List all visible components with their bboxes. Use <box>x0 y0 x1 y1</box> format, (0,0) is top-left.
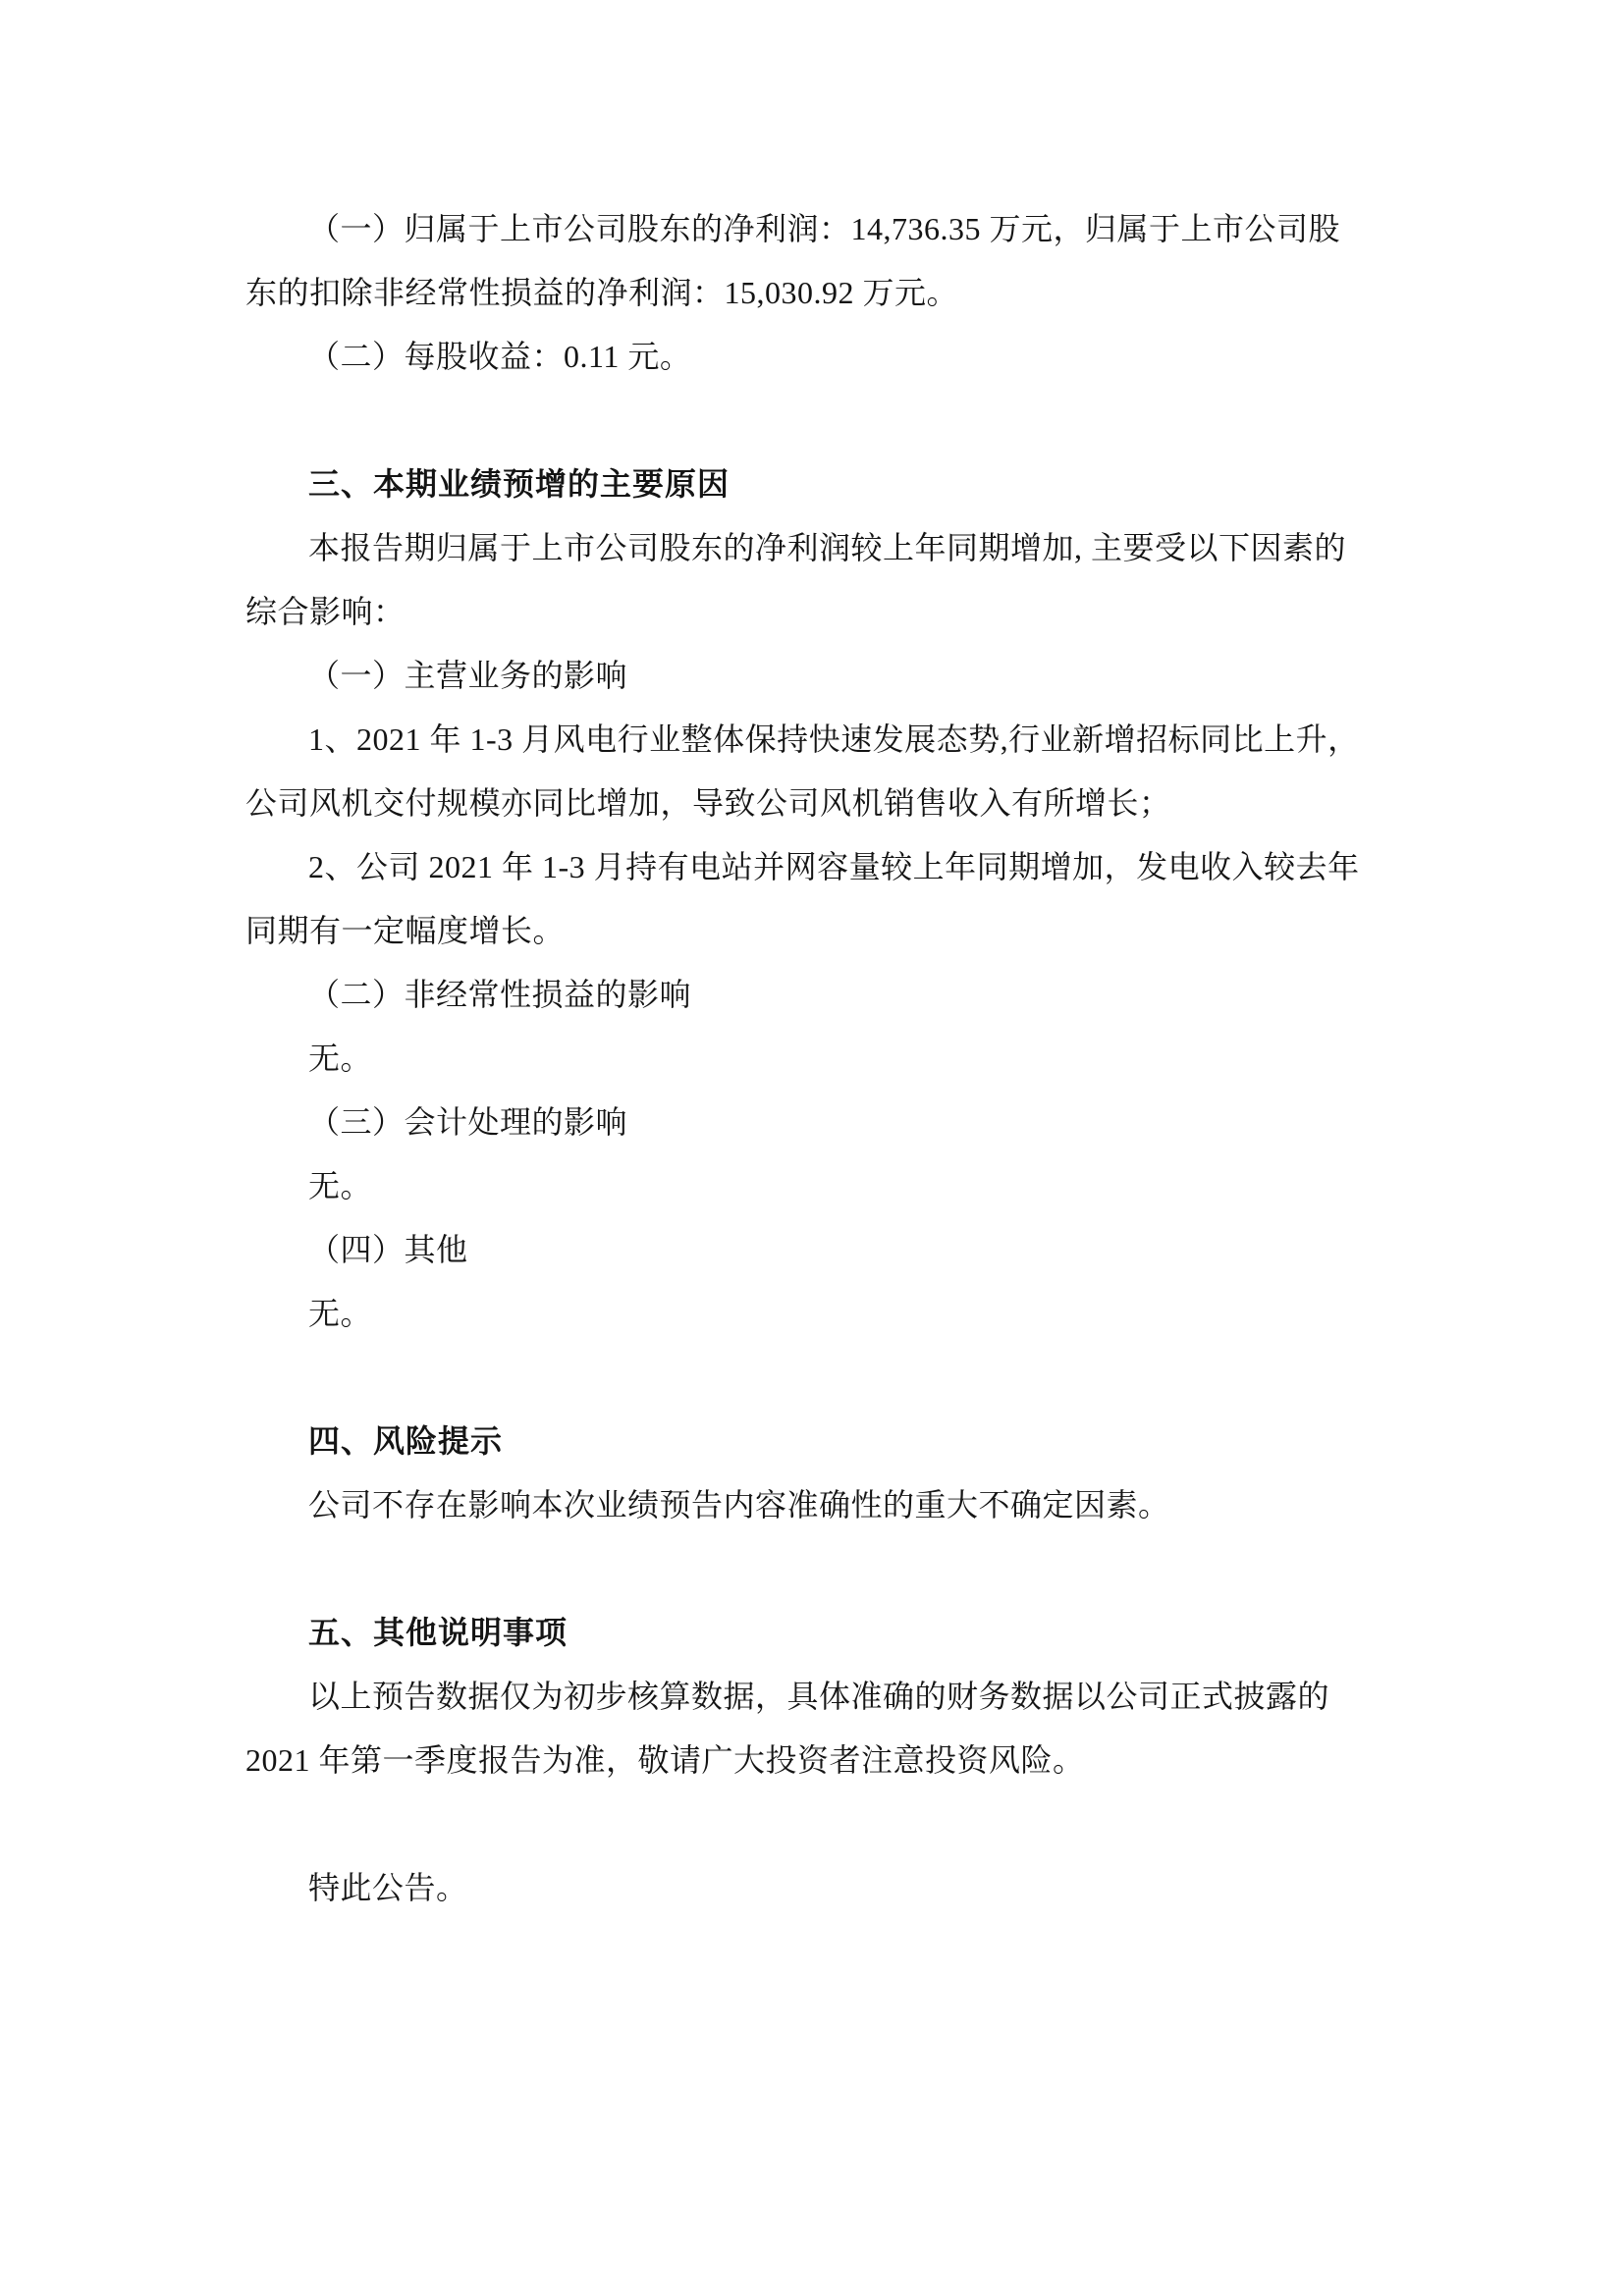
text-line: （二）每股收益：0.11 元。 <box>245 325 1382 389</box>
text-line: 三、本期业绩预增的主要原因 <box>245 453 1382 516</box>
text-line: 本报告期归属于上市公司股东的净利润较上年同期增加, 主要受以下因素的 <box>245 516 1382 580</box>
text-line: 以上预告数据仅为初步核算数据，具体准确的财务数据以公司正式披露的 <box>245 1665 1382 1729</box>
paragraph: （一）主营业务的影响 <box>245 644 1382 708</box>
text-line: 同期有一定幅度增长。 <box>245 899 1382 963</box>
paragraph: 公司不存在影响本次业绩预告内容准确性的重大不确定因素。 <box>245 1473 1382 1537</box>
text-line: 无。 <box>245 1154 1382 1218</box>
paragraph: （二）每股收益：0.11 元。 <box>245 325 1382 389</box>
paragraph: 无。 <box>245 1154 1382 1218</box>
paragraph: 1、2021 年 1-3 月风电行业整体保持快速发展态势,行业新增招标同比上升，… <box>245 708 1382 835</box>
section-heading: 三、本期业绩预增的主要原因 <box>245 453 1382 516</box>
text-line: 2、公司 2021 年 1-3 月持有电站并网容量较上年同期增加，发电收入较去年 <box>245 835 1382 899</box>
text-line: 无。 <box>245 1282 1382 1346</box>
text-line: 五、其他说明事项 <box>245 1601 1382 1665</box>
paragraph: （四）其他 <box>245 1218 1382 1282</box>
text-line: （三）会计处理的影响 <box>245 1091 1382 1154</box>
paragraph: 无。 <box>245 1282 1382 1346</box>
paragraph: 2、公司 2021 年 1-3 月持有电站并网容量较上年同期增加，发电收入较去年… <box>245 835 1382 963</box>
text-line: （一）归属于上市公司股东的净利润：14,736.35 万元，归属于上市公司股 <box>245 197 1382 261</box>
paragraph: （一）归属于上市公司股东的净利润：14,736.35 万元，归属于上市公司股东的… <box>245 197 1382 325</box>
section-heading: 五、其他说明事项 <box>245 1601 1382 1665</box>
text-line: 无。 <box>245 1027 1382 1091</box>
text-line: 公司风机交付规模亦同比增加，导致公司风机销售收入有所增长； <box>245 772 1382 835</box>
paragraph: 特此公告。 <box>245 1856 1382 1920</box>
text-line: 四、风险提示 <box>245 1410 1382 1473</box>
text-line: 东的扣除非经常性损益的净利润：15,030.92 万元。 <box>245 261 1382 325</box>
text-line: （四）其他 <box>245 1218 1382 1282</box>
text-line: 1、2021 年 1-3 月风电行业整体保持快速发展态势,行业新增招标同比上升， <box>245 708 1382 772</box>
paragraph: （三）会计处理的影响 <box>245 1091 1382 1154</box>
paragraph: 无。 <box>245 1027 1382 1091</box>
text-line: 综合影响： <box>245 580 1382 644</box>
text-line: （二）非经常性损益的影响 <box>245 963 1382 1027</box>
section-heading: 四、风险提示 <box>245 1410 1382 1473</box>
text-line: 公司不存在影响本次业绩预告内容准确性的重大不确定因素。 <box>245 1473 1382 1537</box>
paragraph: （二）非经常性损益的影响 <box>245 963 1382 1027</box>
paragraph: 以上预告数据仅为初步核算数据，具体准确的财务数据以公司正式披露的2021 年第一… <box>245 1665 1382 1792</box>
text-line: 2021 年第一季度报告为准，敬请广大投资者注意投资风险。 <box>245 1729 1382 1792</box>
document-page: （一）归属于上市公司股东的净利润：14,736.35 万元，归属于上市公司股东的… <box>0 0 1624 2296</box>
text-line: （一）主营业务的影响 <box>245 644 1382 708</box>
document-content: （一）归属于上市公司股东的净利润：14,736.35 万元，归属于上市公司股东的… <box>245 197 1382 1920</box>
paragraph: 本报告期归属于上市公司股东的净利润较上年同期增加, 主要受以下因素的综合影响： <box>245 516 1382 644</box>
text-line: 特此公告。 <box>245 1856 1382 1920</box>
